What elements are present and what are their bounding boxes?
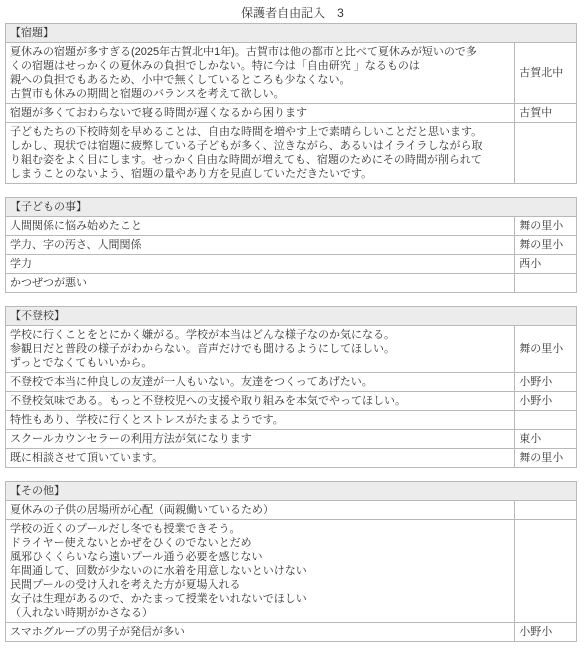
school-cell: 小野小 xyxy=(515,373,577,392)
school-cell xyxy=(515,411,577,430)
table-row: 不登校で本当に仲良しの友達が一人もいない。友達をつくってあげたい。 小野小 xyxy=(6,373,577,392)
section-header-row: 【不登校】 xyxy=(6,307,577,326)
school-cell: 古賀中 xyxy=(515,104,577,123)
school-cell xyxy=(515,520,577,623)
school-cell: 小野小 xyxy=(515,623,577,642)
comment-cell: 宿題が多くておわらないで寝る時間が遅くなるから困ります xyxy=(6,104,515,123)
page-title: 保護者自由記入 3 xyxy=(0,0,585,23)
comment-cell: 学力、字の汚さ、人間関係 xyxy=(6,236,515,255)
section-heading: 【その他】 xyxy=(6,482,577,501)
comment-cell: 不登校で本当に仲良しの友達が一人もいない。友達をつくってあげたい。 xyxy=(6,373,515,392)
school-cell: 舞の里小 xyxy=(515,326,577,373)
school-cell: 東小 xyxy=(515,430,577,449)
section-heading: 【子どもの事】 xyxy=(6,198,577,217)
document-page: { "page": { "title": "保護者自由記入 3" }, "col… xyxy=(0,0,585,642)
section-table-children: 【子どもの事】 人間関係に悩み始めたこと 舞の里小 学力、字の汚さ、人間関係 舞… xyxy=(5,197,577,293)
comment-cell: 既に相談させて頂いています。 xyxy=(6,449,515,468)
table-row: 特性もあり、学校に行くとストレスがたまるようです。 xyxy=(6,411,577,430)
section-table-homework: 【宿題】 夏休みの宿題が多すぎる(2025年古賀北中1年)。古賀市は他の都市と比… xyxy=(5,23,577,184)
section-heading: 【不登校】 xyxy=(6,307,577,326)
section-header-row: 【宿題】 xyxy=(6,24,577,43)
school-cell: 小野小 xyxy=(515,392,577,411)
school-cell xyxy=(515,123,577,184)
comment-cell: 学校の近くのプールだし冬でも授業できそう。 ドライヤー使えないとかぜをひくのでな… xyxy=(6,520,515,623)
table-row: 不登校気味である。もっと不登校児への支援や取り組みを本気でやってほしい。 小野小 xyxy=(6,392,577,411)
comment-cell: 特性もあり、学校に行くとストレスがたまるようです。 xyxy=(6,411,515,430)
school-cell: 西小 xyxy=(515,255,577,274)
school-cell: 舞の里小 xyxy=(515,449,577,468)
comment-cell: 夏休みの子供の居場所が心配（両親働いているため） xyxy=(6,501,515,520)
section-header-row: 【子どもの事】 xyxy=(6,198,577,217)
comment-cell: 夏休みの宿題が多すぎる(2025年古賀北中1年)。古賀市は他の都市と比べて夏休み… xyxy=(6,43,515,104)
section-heading: 【宿題】 xyxy=(6,24,577,43)
comment-cell: スクールカウンセラーの利用方法が気になります xyxy=(6,430,515,449)
comment-cell: かつぜつが悪い xyxy=(6,274,515,293)
section-table-other: 【その他】 夏休みの子供の居場所が心配（両親働いているため） 学校の近くのプール… xyxy=(5,481,577,642)
comment-cell: 不登校気味である。もっと不登校児への支援や取り組みを本気でやってほしい。 xyxy=(6,392,515,411)
table-row: スマホグループの男子が発信が多い 小野小 xyxy=(6,623,577,642)
table-row: 宿題が多くておわらないで寝る時間が遅くなるから困ります 古賀中 xyxy=(6,104,577,123)
section-header-row: 【その他】 xyxy=(6,482,577,501)
table-row: 学校の近くのプールだし冬でも授業できそう。 ドライヤー使えないとかぜをひくのでな… xyxy=(6,520,577,623)
school-cell xyxy=(515,501,577,520)
section-table-school-refusal: 【不登校】 学校に行くことをとにかく嫌がる。学校が本当はどんな様子なのか気になる… xyxy=(5,306,577,468)
comment-cell: 学校に行くことをとにかく嫌がる。学校が本当はどんな様子なのか気になる。 参観日だ… xyxy=(6,326,515,373)
school-cell xyxy=(515,274,577,293)
table-row: 夏休みの宿題が多すぎる(2025年古賀北中1年)。古賀市は他の都市と比べて夏休み… xyxy=(6,43,577,104)
table-row: 夏休みの子供の居場所が心配（両親働いているため） xyxy=(6,501,577,520)
table-row: 学校に行くことをとにかく嫌がる。学校が本当はどんな様子なのか気になる。 参観日だ… xyxy=(6,326,577,373)
comment-cell: 人間関係に悩み始めたこと xyxy=(6,217,515,236)
comment-cell: 学力 xyxy=(6,255,515,274)
school-cell: 古賀北中 xyxy=(515,43,577,104)
school-cell: 舞の里小 xyxy=(515,236,577,255)
school-cell: 舞の里小 xyxy=(515,217,577,236)
table-row: 学力、字の汚さ、人間関係 舞の里小 xyxy=(6,236,577,255)
comment-cell: スマホグループの男子が発信が多い xyxy=(6,623,515,642)
table-row: 人間関係に悩み始めたこと 舞の里小 xyxy=(6,217,577,236)
table-row: かつぜつが悪い xyxy=(6,274,577,293)
comment-cell: 子どもたちの下校時刻を早めることは、自由な時間を増やす上で素晴らしいことだと思い… xyxy=(6,123,515,184)
table-row: 既に相談させて頂いています。 舞の里小 xyxy=(6,449,577,468)
table-row: 学力 西小 xyxy=(6,255,577,274)
table-row: 子どもたちの下校時刻を早めることは、自由な時間を増やす上で素晴らしいことだと思い… xyxy=(6,123,577,184)
table-row: スクールカウンセラーの利用方法が気になります 東小 xyxy=(6,430,577,449)
